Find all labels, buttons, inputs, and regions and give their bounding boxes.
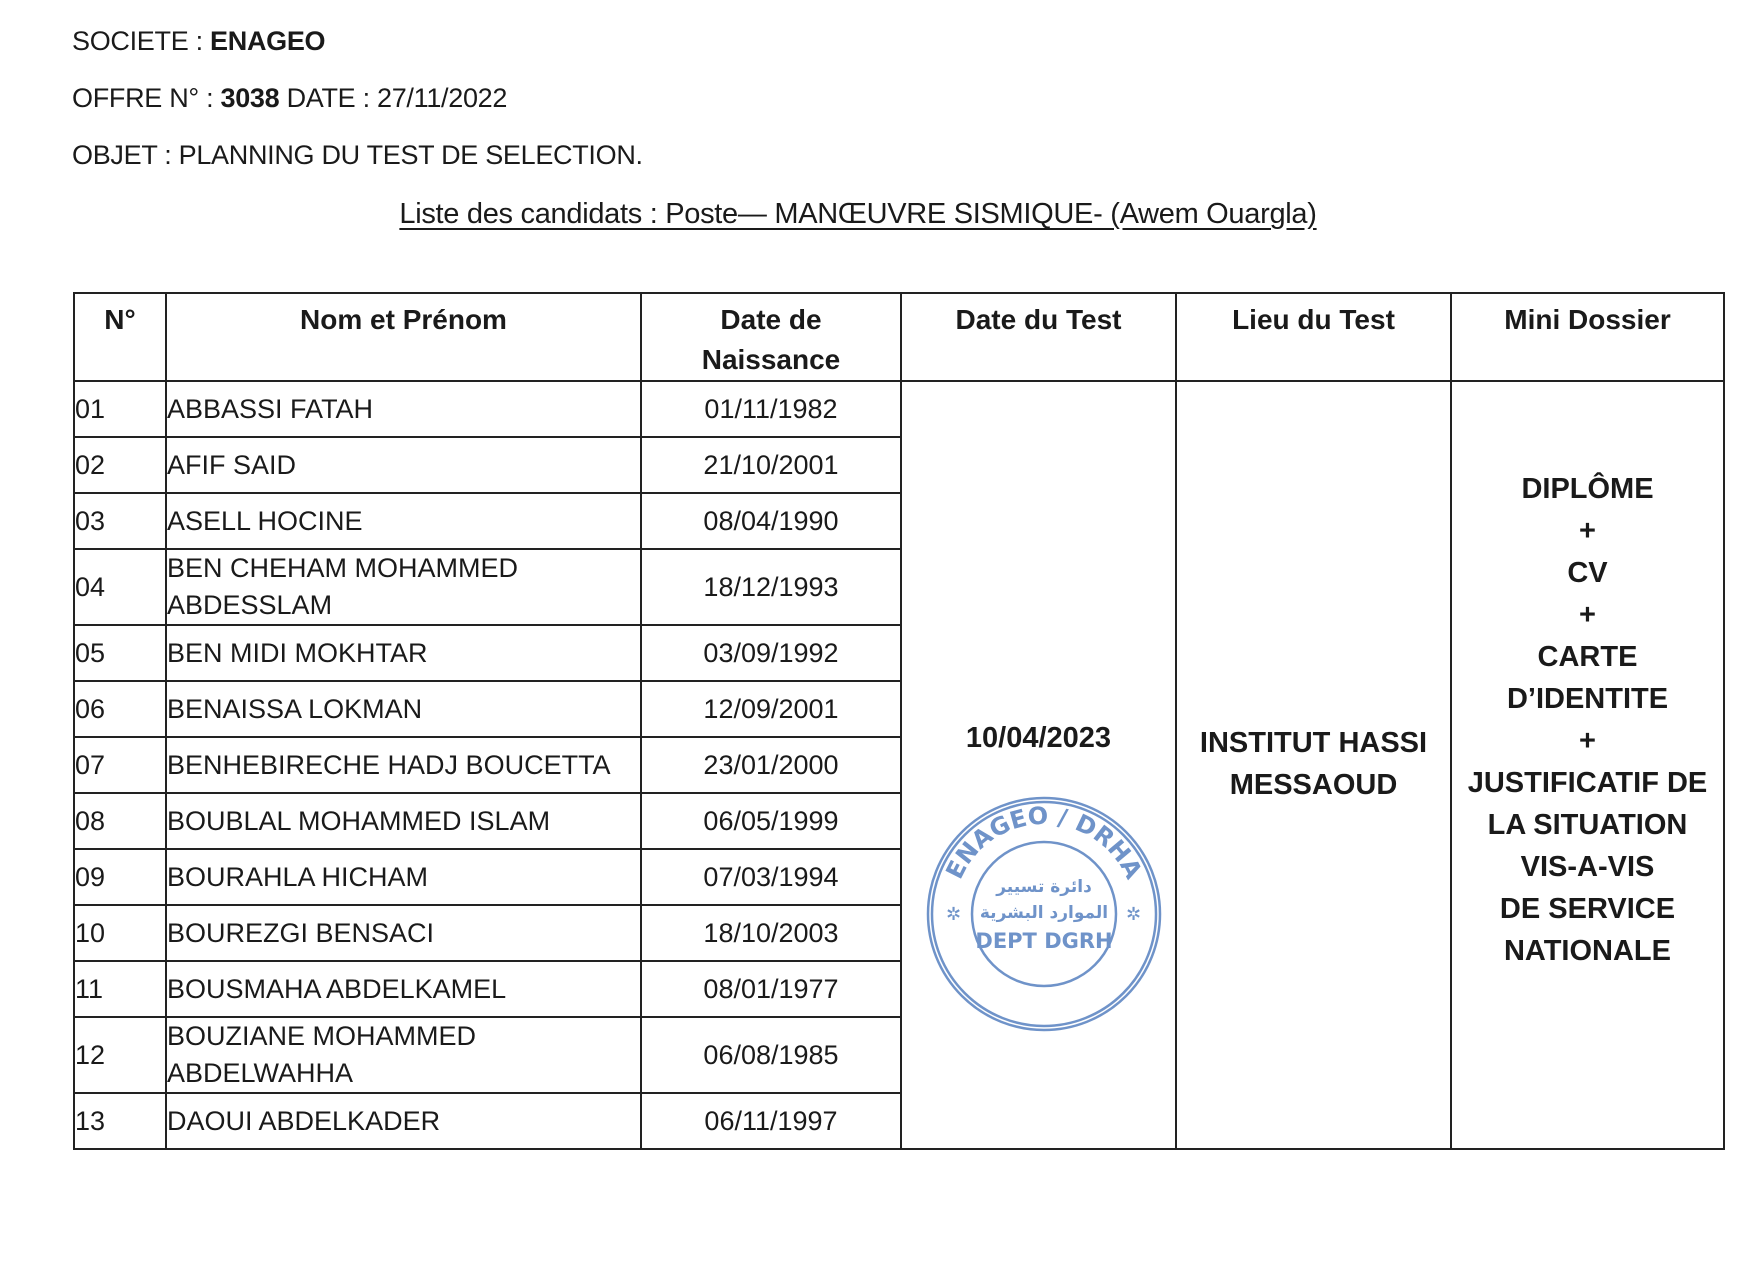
candidate-name: BEN CHEHAM MOHAMMED ABDESSLAM — [166, 549, 641, 625]
dossier-item: VIS-A-VIS — [1452, 846, 1723, 888]
birth-date: 12/09/2001 — [641, 681, 901, 737]
birth-date: 08/01/1977 — [641, 961, 901, 1017]
table-row: 01ABBASSI FATAH01/11/1982 10/04/2023 ENA… — [74, 381, 1724, 437]
svg-text:DEPT DGRH: DEPT DGRH — [975, 929, 1112, 953]
dossier-item: + — [1452, 720, 1723, 762]
birth-date: 06/08/1985 — [641, 1017, 901, 1093]
svg-text:✲: ✲ — [1126, 904, 1141, 924]
candidate-name: AFIF SAID — [166, 437, 641, 493]
row-number: 02 — [74, 437, 166, 493]
candidate-name: BOUZIANE MOHAMMED ABDELWAHHA — [166, 1017, 641, 1093]
birth-date: 07/03/1994 — [641, 849, 901, 905]
svg-text:دائرة تسيير: دائرة تسيير — [995, 877, 1092, 897]
candidate-name: BEN MIDI MOKHTAR — [166, 625, 641, 681]
row-number: 08 — [74, 793, 166, 849]
dossier-item: DIPLÔME — [1452, 468, 1723, 510]
candidate-name: ASELL HOCINE — [166, 493, 641, 549]
offer-number: 3038 — [221, 83, 280, 113]
col-birthdate-l1: Date de — [720, 304, 821, 335]
official-stamp-icon: ENAGEO / DRHA دائرة تسيير الموارد البشري… — [922, 792, 1167, 1037]
row-number: 11 — [74, 961, 166, 1017]
candidate-name: BENAISSA LOKMAN — [166, 681, 641, 737]
company-name: ENAGEO — [210, 26, 325, 56]
test-date-cell: 10/04/2023 ENAGEO / DRHA دائرة تسيير الم… — [901, 381, 1176, 1149]
row-number: 03 — [74, 493, 166, 549]
test-place-cell: INSTITUT HASSIMESSAOUD — [1176, 381, 1451, 1149]
col-test-date: Date du Test — [901, 293, 1176, 381]
birth-date: 06/11/1997 — [641, 1093, 901, 1149]
dossier-item: NATIONALE — [1452, 930, 1723, 972]
col-test-place: Lieu du Test — [1176, 293, 1451, 381]
birth-date: 06/05/1999 — [641, 793, 901, 849]
row-number: 07 — [74, 737, 166, 793]
row-number: 05 — [74, 625, 166, 681]
company-label: SOCIETE : — [72, 26, 210, 56]
subject-line: OBJET : PLANNING DU TEST DE SELECTION. — [72, 140, 643, 171]
birth-date: 18/10/2003 — [641, 905, 901, 961]
dossier-item: DE SERVICE — [1452, 888, 1723, 930]
row-number: 04 — [74, 549, 166, 625]
candidate-name: BOUREZGI BENSACI — [166, 905, 641, 961]
dossier-item: CARTE — [1452, 636, 1723, 678]
row-number: 09 — [74, 849, 166, 905]
dossier-item: D’IDENTITE — [1452, 678, 1723, 720]
test-place-l1: INSTITUT HASSI — [1200, 727, 1427, 759]
col-mini-dossier: Mini Dossier — [1451, 293, 1724, 381]
row-number: 10 — [74, 905, 166, 961]
col-name: Nom et Prénom — [166, 293, 641, 381]
test-date: 10/04/2023 — [902, 722, 1175, 755]
candidate-name: BENHEBIRECHE HADJ BOUCETTA — [166, 737, 641, 793]
company-line: SOCIETE : ENAGEO — [72, 26, 325, 57]
svg-text:الموارد البشرية: الموارد البشرية — [980, 903, 1108, 923]
birth-date: 23/01/2000 — [641, 737, 901, 793]
table-header-row: N° Nom et Prénom Date deNaissance Date d… — [74, 293, 1724, 381]
dossier-item: CV — [1452, 552, 1723, 594]
dossier-item: + — [1452, 594, 1723, 636]
row-number: 12 — [74, 1017, 166, 1093]
mini-dossier-cell: DIPLÔME+CV+CARTED’IDENTITE+JUSTIFICATIF … — [1451, 381, 1724, 1149]
birth-date: 21/10/2001 — [641, 437, 901, 493]
offer-line: OFFRE N° : 3038 DATE : 27/11/2022 — [72, 83, 507, 114]
candidate-name: BOUSMAHA ABDELKAMEL — [166, 961, 641, 1017]
row-number: 06 — [74, 681, 166, 737]
birth-date: 01/11/1982 — [641, 381, 901, 437]
dossier-item: LA SITUATION — [1452, 804, 1723, 846]
birth-date: 08/04/1990 — [641, 493, 901, 549]
document-title: Liste des candidats : Poste— MANŒUVRE SI… — [0, 198, 1716, 231]
candidate-name: ABBASSI FATAH — [166, 381, 641, 437]
test-place-l2: MESSAOUD — [1230, 769, 1398, 801]
col-number: N° — [74, 293, 166, 381]
candidate-name: DAOUI ABDELKADER — [166, 1093, 641, 1149]
row-number: 01 — [74, 381, 166, 437]
col-birthdate: Date deNaissance — [641, 293, 901, 381]
candidates-table: N° Nom et Prénom Date deNaissance Date d… — [73, 292, 1725, 1150]
birth-date: 18/12/1993 — [641, 549, 901, 625]
offer-date: DATE : 27/11/2022 — [279, 83, 507, 113]
candidate-name: BOUBLAL MOHAMMED ISLAM — [166, 793, 641, 849]
dossier-item: + — [1452, 510, 1723, 552]
svg-text:✲: ✲ — [946, 904, 961, 924]
col-birthdate-l2: Naissance — [702, 344, 841, 375]
candidate-name: BOURAHLA HICHAM — [166, 849, 641, 905]
birth-date: 03/09/1992 — [641, 625, 901, 681]
offer-label: OFFRE N° : — [72, 83, 221, 113]
row-number: 13 — [74, 1093, 166, 1149]
dossier-item: JUSTIFICATIF DE — [1452, 762, 1723, 804]
